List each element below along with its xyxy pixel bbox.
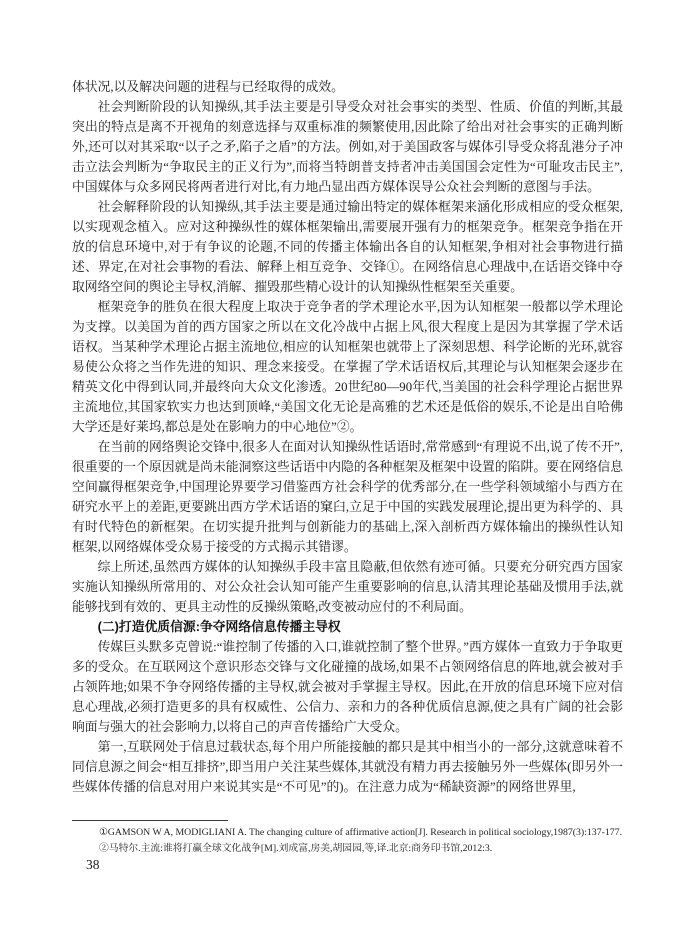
paragraph: 社会解释阶段的认知操纵,其手法主要是通过输出特定的媒体框架来涵化形成相应的受众框… bbox=[72, 197, 623, 297]
paragraph: 在当前的网络舆论交锋中,很多人在面对认知操纵性话语时,常常感到“有理说不出,说了… bbox=[72, 437, 623, 557]
paragraph: 第一,互联网处于信息过载状态,每个用户所能接触的都只是其中相当小的一部分,这就意… bbox=[72, 737, 623, 797]
paragraph: 体状况,以及解决问题的进程与已经取得的成效。 bbox=[72, 77, 623, 97]
page-body: 体状况,以及解决问题的进程与已经取得的成效。 社会判断阶段的认知操纵,其手法主要… bbox=[72, 77, 623, 797]
section-heading: (二)打造优质信源:争夺网络信息传播主导权 bbox=[72, 617, 623, 637]
footnote: ①GAMSON W A, MODIGLIANI A. The changing … bbox=[72, 825, 623, 841]
footnote: ②马特尔.主流:谁将打赢全球文化战争[M].刘成富,房美,胡园园,等,译.北京:… bbox=[72, 841, 623, 857]
paragraph: 框架竞争的胜负在很大程度上取决于竞争者的学术理论水平,因为认知框架一般都以学术理… bbox=[72, 297, 623, 437]
paragraph: 传媒巨头默多克曾说:“谁控制了传播的入口,谁就控制了整个世界。”西方媒体一直致力… bbox=[72, 637, 623, 737]
footnotes: ①GAMSON W A, MODIGLIANI A. The changing … bbox=[72, 820, 623, 856]
paragraph: 社会判断阶段的认知操纵,其手法主要是引导受众对社会事实的类型、性质、价值的判断,… bbox=[72, 97, 623, 197]
page-number: 38 bbox=[86, 856, 100, 874]
paragraph: 综上所述,虽然西方媒体的认知操纵手段丰富且隐蔽,但依然有迹可循。只要充分研究西方… bbox=[72, 557, 623, 617]
document-page: 体状况,以及解决问题的进程与已经取得的成效。 社会判断阶段的认知操纵,其手法主要… bbox=[0, 0, 700, 943]
footnote-separator bbox=[72, 820, 228, 821]
